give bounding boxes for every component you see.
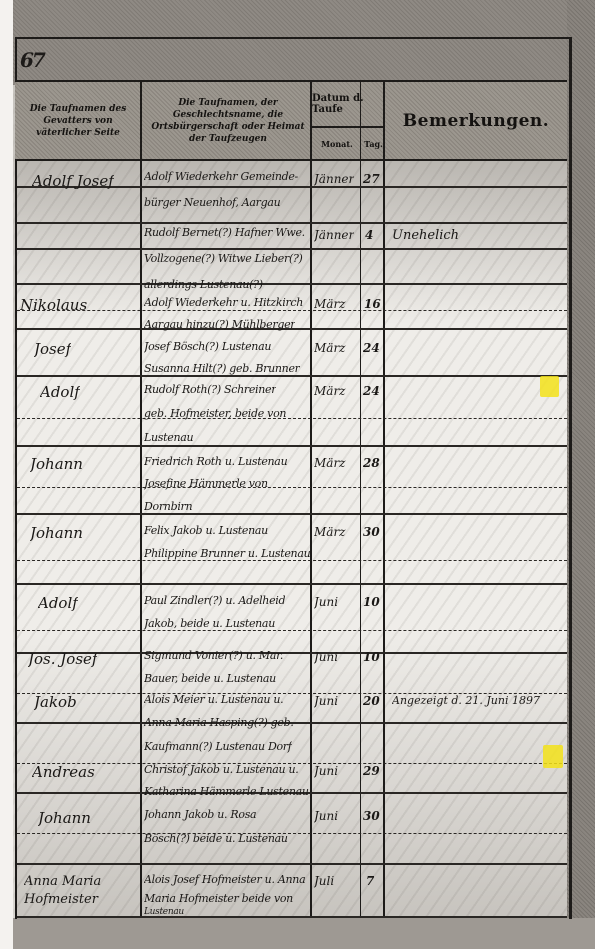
header-month-label: Monat. [321,139,353,149]
entry-name: Adolf Josef [32,172,114,190]
entry-parents-line: Bösch(?) beide u. Lustenau [144,832,288,845]
entry-parents-line: Susanna Hilt(?) geb. Brunner [144,362,300,375]
entry-name: Andreas [32,763,95,781]
entry-parents-line: Vollzogene(?) Witwe Lieber(?) [144,252,303,265]
entry-parents-line: Philippine Brunner u. Lustenau [144,547,310,560]
entry-parents-line: Sigmund Vonier(?) u. Mar. [144,649,283,662]
header-godparent: Die Taufnamen des Gevatters von väterlic… [19,82,137,159]
entry-parents-line: Lustenau [144,907,184,917]
entry-month: Juli [314,874,334,888]
entry-day: 20 [363,694,380,708]
row-rule [17,418,567,419]
row-rule [17,560,567,561]
entry-parents-line: Johann Jakob u. Rosa [144,808,256,821]
entry-day: 30 [363,525,380,539]
entry-month: Juni [314,650,338,664]
header-remarks-label: Bemerkungen. [403,115,549,127]
entry-name: Jos. Josef [28,650,97,668]
table-header: Die Taufnamen des Gevatters von väterlic… [15,80,567,161]
entry-day: 28 [363,456,380,470]
entry-name: Johann [30,524,83,542]
row-rule [17,310,567,311]
row-rule [17,445,567,447]
row-rule [17,583,567,585]
row-rule [17,222,567,224]
entry-name: Josef [34,340,71,358]
header-parents: Die Taufnamen, der Geschlechtsname, die … [143,82,313,159]
entry-name: Johann [30,455,83,473]
entry-parents-line: Lustenau [144,431,193,444]
entry-month: Jänner [314,228,354,242]
row-rule [17,863,567,865]
header-day: Tag. [363,128,384,159]
entry-name: Anna Maria Hofmeister [24,873,138,909]
entry-parents-line: Jakob, beide u. Lustenau [144,617,275,630]
yellow-highlight-mark [540,376,559,397]
entry-parents-line: Adolf Wiederkehr Gemeinde- [144,170,298,183]
row-rule [17,487,567,488]
entry-parents-line: Anna Maria Hasping(?) geb. [144,716,294,729]
entry-parents-line: Alois Meier u. Lustenau u. [144,693,283,706]
entry-day: 4 [365,228,373,242]
header-day-label: Tag. [364,139,383,149]
entry-month: März [314,341,346,355]
entry-day: 10 [363,595,380,609]
row-rule [17,375,567,377]
entry-parents-line: Josef Bösch(?) Lustenau [144,340,271,353]
header-parents-label: Die Taufnamen, der Geschlechtsname, die … [143,97,313,145]
entry-day: 30 [363,809,380,823]
entry-month: März [314,525,346,539]
page-number: 67 [20,48,44,72]
entry-month: Juni [314,764,338,778]
entry-parents-line: Aargau hinzu(?) Mühlberger [144,318,295,331]
entry-day: 24 [363,384,380,398]
entry-name: Johann [38,809,91,827]
entry-parents-line: bürger Neuenhof, Aargau [144,196,280,209]
entry-parents-line: Katharina Hämmerle Lustenau [144,785,309,798]
entry-day: 16 [364,297,381,311]
bottom-margin [13,918,595,949]
entry-parents-line: Paul Zindler(?) u. Adelheid [144,594,285,607]
entry-parents-line: Christof Jakob u. Lustenau u. [144,763,298,776]
row-rule [17,630,567,631]
header-month: Monat. [312,128,362,159]
entry-name: Adolf [40,383,80,401]
row-rule [17,652,567,654]
entry-parents-line: Josefine Hämmerle von [144,477,268,490]
row-rule [17,248,567,250]
entry-parents-line: Rudolf Bernet(?) Hafner Wwe. [144,226,305,239]
entry-parents-line: Friedrich Roth u. Lustenau [144,455,287,468]
entry-day: 24 [363,341,380,355]
entry-parents-line: Dornbirn [144,500,192,513]
entry-parents-line: Adolf Wiederkehr u. Hitzkirch [144,296,303,309]
entry-day: 29 [363,764,380,778]
entry-month: Juni [314,595,338,609]
table-bottom-rule [17,916,567,918]
row-rule [17,283,567,285]
entry-day: 7 [366,874,374,888]
entry-day: 27 [363,172,380,186]
header-date: Datum d. Taufe [312,82,384,126]
row-rule [17,513,567,515]
entry-name: Nikolaus [20,296,87,314]
entry-name: Jakob [34,693,77,711]
entry-parents-line: Maria Hofmeister beide von [144,892,293,905]
header-godparent-label: Die Taufnamen des Gevatters von väterlic… [19,103,137,139]
row-rule [17,833,567,834]
entry-month: Juni [314,809,338,823]
entry-parents-line: Bauer, beide u. Lustenau [144,672,276,685]
entry-parents-line: Felix Jakob u. Lustenau [144,524,268,537]
header-date-label: Datum d. Taufe [312,93,384,115]
entry-day: 10 [363,650,380,664]
entry-month: März [314,384,346,398]
entry-name: Adolf [38,594,78,612]
header-remarks: Bemerkungen. [385,82,567,159]
entry-remark: Unehelich [392,228,459,243]
entry-remark: Angezeigt d. 21. Juni 1897 [392,694,540,707]
entry-month: Juni [314,694,338,708]
entry-parents-line: Kaufmann(?) Lustenau Dorf [144,740,292,753]
entry-parents-line: Alois Josef Hofmeister u. Anna [144,873,305,886]
entry-parents-line: geb. Hofmeister, beide von [144,407,286,420]
entry-month: Jänner [314,172,354,186]
entry-parents-line: Rudolf Roth(?) Schreiner [144,383,276,396]
yellow-highlight-mark [543,745,563,768]
entry-month: März [314,297,346,311]
entry-parents-line: allerdings Lustenau(?) [144,278,263,291]
entry-month: März [314,456,346,470]
